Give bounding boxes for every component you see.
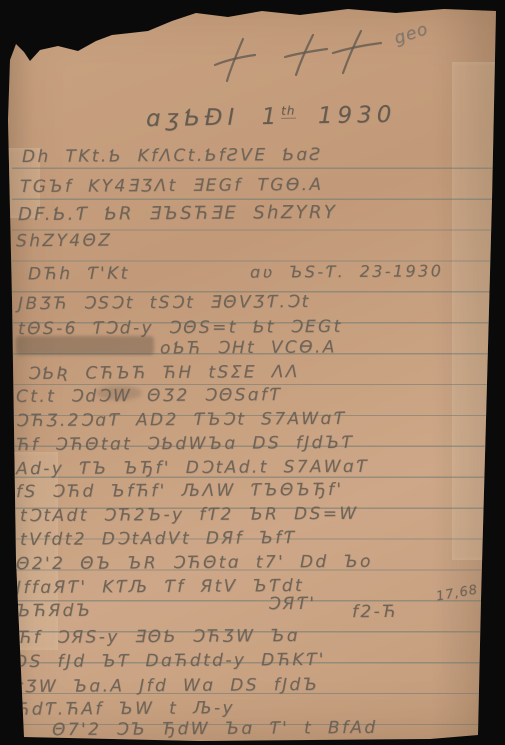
cross-mark-icon	[343, 31, 361, 73]
manuscript-line: ƆЋƷ.2ƆɑƬ AD2 ƬЪƆt S7AWɑƬ	[16, 409, 347, 431]
manuscript-line: tƆtAdt ƆЋ2Ъ-y fƬ2 ЪR DS=W	[20, 504, 359, 526]
cross-mark-icon	[296, 35, 313, 75]
manuscript-line: Dh TKt.Ƅ KfΛCt.ƄfƧVE ƄɑƧ	[22, 145, 323, 167]
manuscript-line: Θ7'2 ƆЪ ЂdW Ъɑ Ƭ' t BfAd	[52, 718, 378, 740]
manuscript-line: oƄЋ ƆHt VCƟ.A	[160, 337, 337, 358]
manuscript-line: ЋdƬ.ЋAf ЪW t Љ-y	[16, 698, 235, 720]
erasure-smudge	[16, 336, 154, 355]
cross-mark-icon	[333, 43, 381, 53]
manuscript-line: JBƷЋ ƆSƆt tSƆt ƎΘVƷƬ.Ɔt	[18, 292, 311, 314]
date-heading-main: ɑʒƄƉI 1	[146, 104, 282, 132]
manuscript-line: Ћf ƆЋΘtɑt ƆƄdWЪɑ DS fJdЪƬ	[16, 433, 354, 455]
manuscript-line: DS fJd ЪƬ DɑЋdtd-y DЋKƬ'	[14, 650, 326, 672]
plus-marks-icon	[205, 25, 405, 87]
manuscript-line: DЋh Ƭ'Kt	[28, 264, 130, 285]
manuscript-line: ShZY4ΘZ	[16, 231, 112, 252]
manuscript-line: Θ2'2 ΘЪ ЪR ƆЋΘtɑ t7' Dd Ъo	[16, 552, 373, 574]
manuscript-line: ƆƄƦ CЋЪЋ ЋH tSΣE ΛΛ	[28, 362, 300, 384]
manuscript-line: JffɑЯƬ' KƬЉ Ƭf ЯtV ЪƬdt	[16, 576, 304, 598]
manuscript-date-line: ɑʋ ЪS-Ƭ. 23-1930	[250, 261, 443, 281]
manuscript-line: fS ƆЋd ЪfЋf' ЉΛW ƬЪΘЪЂf'	[16, 480, 344, 502]
manuscript-line: ЪЋЯdЪ	[16, 601, 92, 622]
paper-sheet: geo ɑʒƄƉI 1th 1930 Dh TKt.Ƅ KfΛCt.ƄfƧVE …	[0, 0, 505, 745]
manuscript-line: Ad-y ƬЪ ЪЂf' DƆtAd.t S7AWɑƬ	[16, 457, 369, 479]
name-inscription: geo	[392, 19, 431, 49]
manuscript-line: f2-Ћ	[352, 602, 398, 622]
date-heading-suffix: th	[281, 104, 296, 119]
manuscript-line: tVfdt2 DƆtAdVt DЯf ЪfƬ	[20, 528, 297, 550]
manuscript-line: Ћf ƆЯS-y ƎΘƄ ƆЋƷW Ъɑ	[18, 626, 300, 648]
manuscript-line: Ct.t ƆdƆW ΘƷ2 ƆΘSɑfƬ	[16, 385, 282, 407]
manuscript-line: DF.Ƅ.Ƭ ƄR ƎЪSЋƎE ShZYRY	[18, 202, 337, 225]
manuscript-line: TGЪf KY4ƎƷΛt ƎEGf TGƟ.A	[20, 175, 324, 197]
manuscript-line: ƆЯƬ'	[268, 594, 317, 614]
manuscript-line: tƷW Ъɑ.A Jfd Wɑ DS fJdЪ	[16, 675, 319, 697]
photo-background: { "photo": { "background_color": "#0a0a0…	[0, 0, 505, 745]
date-heading: ɑʒƄƉI 1th 1930	[146, 102, 397, 132]
date-heading-year: 1930	[318, 102, 397, 129]
